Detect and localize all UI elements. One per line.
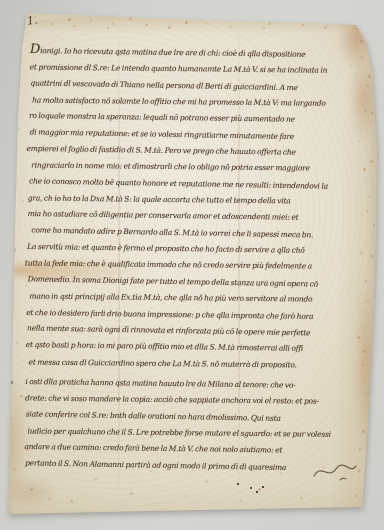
foxing-dot xyxy=(20,395,23,398)
margin-ink-mark: † xyxy=(5,166,11,177)
foxing-dot xyxy=(369,390,371,392)
stain xyxy=(30,14,356,34)
foxing-dot xyxy=(70,500,73,503)
foxing-dot xyxy=(146,24,148,26)
foxing-dot xyxy=(268,22,271,25)
foxing-dot xyxy=(356,28,358,30)
foxing-dot xyxy=(364,110,366,112)
foxing-dot xyxy=(371,112,373,114)
page-number: 1. xyxy=(26,13,38,27)
foxing-dot xyxy=(362,430,365,433)
foxing-dot xyxy=(168,26,171,29)
foxing-dot xyxy=(22,200,24,202)
foxing-dot xyxy=(358,470,361,473)
foxing-dot xyxy=(367,300,369,302)
foxing-dot xyxy=(112,22,115,25)
foxing-dot xyxy=(151,19,153,21)
foxing-dot xyxy=(263,27,265,29)
ink-speck xyxy=(262,486,264,488)
foxing-dot xyxy=(360,40,363,43)
foxing-dot xyxy=(9,310,12,313)
foxing-dot xyxy=(363,350,366,353)
foxing-dot xyxy=(285,17,288,20)
foxing-dot xyxy=(129,17,132,20)
paragraph: Li osti dlla praticha hanno qsta matina … xyxy=(24,372,355,477)
foxing-dot xyxy=(360,252,363,255)
foxing-dot xyxy=(48,498,50,500)
foxing-dot xyxy=(12,248,16,252)
ink-flourish-mark xyxy=(312,458,358,484)
ink-speck xyxy=(256,491,258,493)
foxing-dot xyxy=(107,27,109,29)
foxing-dot xyxy=(73,25,76,28)
foxing-dot xyxy=(6,368,9,371)
foxing-dot xyxy=(10,95,13,98)
foxing-dot xyxy=(370,308,372,310)
foxing-dot xyxy=(368,196,370,198)
foxing-dot xyxy=(364,476,366,478)
foxing-dot xyxy=(240,500,242,502)
foxing-dot xyxy=(346,16,348,18)
stain xyxy=(2,475,58,509)
foxing-dot xyxy=(6,262,9,265)
foxing-dot xyxy=(365,280,367,282)
foxing-dot xyxy=(363,168,366,171)
foxing-dot xyxy=(185,21,188,24)
foxing-dot xyxy=(68,18,71,21)
foxing-dot xyxy=(185,495,187,497)
foxing-dot xyxy=(373,224,375,226)
foxing-dot xyxy=(367,392,369,394)
foxing-dot xyxy=(366,84,369,87)
foxing-dot xyxy=(362,364,364,366)
foxing-dot xyxy=(371,255,374,258)
foxing-dot xyxy=(90,20,92,22)
paragraph: Dionigi. Io ho ricevuta qsta matina due … xyxy=(25,42,360,374)
foxing-dot xyxy=(370,160,373,163)
foxing-dot xyxy=(8,170,11,173)
manuscript-line: iudicio per qualchuno che il S. Lre potr… xyxy=(27,423,354,443)
foxing-dot xyxy=(368,75,371,78)
photo-background: 1. † Dionigi. Io ho ricevuta qsta matina… xyxy=(0,0,384,530)
foxing-dot xyxy=(51,23,53,25)
foxing-dot xyxy=(229,25,232,28)
foxing-dot xyxy=(190,16,192,18)
foxing-dot xyxy=(207,23,209,25)
foxing-dot xyxy=(300,497,302,499)
manuscript-line: et messa casa dl Guicciardino spero che … xyxy=(28,354,355,374)
foxing-dot xyxy=(359,448,361,450)
foxing-dot xyxy=(357,336,360,339)
foxing-dot xyxy=(95,478,97,480)
foxing-dot xyxy=(355,495,357,497)
foxing-dot xyxy=(302,24,304,26)
paper-shadow: 1. † Dionigi. Io ho ricevuta qsta matina… xyxy=(0,0,384,530)
foxing-dot xyxy=(16,342,18,344)
stain xyxy=(354,275,378,455)
ink-speck xyxy=(250,487,252,489)
foxing-dot xyxy=(366,210,368,212)
foxing-dot xyxy=(18,128,20,130)
foxing-dot xyxy=(324,26,327,29)
foxing-dot xyxy=(10,418,12,420)
foxing-dot xyxy=(30,488,33,491)
foxing-dot xyxy=(224,18,227,21)
foxing-dot xyxy=(372,420,375,423)
foxing-dot xyxy=(246,20,248,22)
foxing-dot xyxy=(130,492,133,495)
foxing-dot xyxy=(307,19,309,21)
foxing-dot xyxy=(205,480,208,483)
manuscript-text: Dionigi. Io ho ricevuta qsta matina due … xyxy=(24,42,360,477)
foxing-dot xyxy=(258,488,261,491)
foxing-dot xyxy=(361,56,363,58)
manuscript-page: 1. † Dionigi. Io ho ricevuta qsta matina… xyxy=(0,0,384,530)
foxing-dot xyxy=(341,21,344,24)
foxing-dot xyxy=(14,468,16,470)
